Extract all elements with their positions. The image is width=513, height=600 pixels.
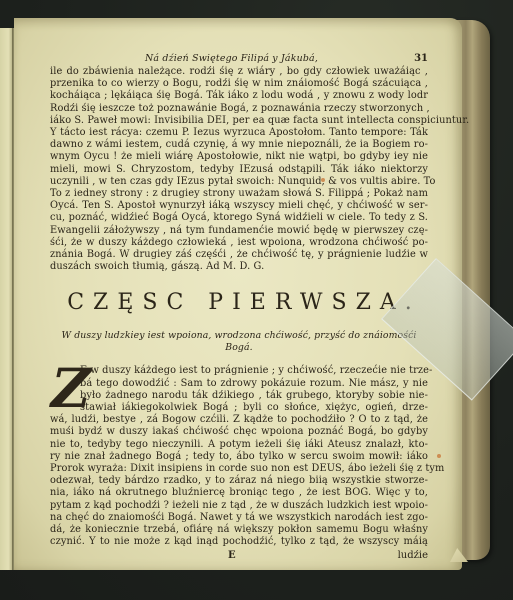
text-line: odezwał, tedy bárdzo rzadko, y to záraz … (50, 475, 428, 487)
text-line: duszách swoich tłumią, gászą. Ad M. D. G… (50, 261, 428, 273)
text-line: ry nie znał żadnego Bogá ; tedy to, ábo … (50, 451, 428, 463)
text-line: znánia Bogá. W drugiey záś częśći , że c… (50, 249, 428, 261)
text-line: kocháiąca ; lękáiąca śię Bogá. Ták iáko … (50, 90, 428, 102)
text-line: muśi bydź w duszy iakaś chćiwość chęc wp… (50, 426, 428, 438)
text-line: na chęć do znaiomośći Bogá. Nawet y tá w… (50, 512, 428, 524)
running-head-title: Ná dźień Swiętego Filipá y Jákubá, (145, 52, 318, 66)
text-line: stawiał iákiegokolwiek Bogá ; byli co sł… (50, 402, 428, 414)
section-subtitle: W duszy ludzkiey iest wpoiona, wrodzona … (50, 330, 428, 354)
catchword: ludźie (398, 549, 428, 563)
paragraph-1: ile do zbáwienia należące. rodźi śię z w… (50, 66, 428, 273)
text-line: czynić. Y to nie może z kąd inąd pochodź… (50, 536, 428, 548)
text-line: nie to, tedyby tego nieczynili. A potym … (50, 439, 428, 451)
text-line: nia, iáko ná okrutnego bluźniercę bronią… (50, 487, 428, 499)
text-line: uczynili , w ten czas gdy IEzus pytał sw… (50, 176, 428, 188)
section-title: CZĘSC PIERWSZA. (50, 290, 428, 316)
book-page: Ná dźień Swiętego Filipá y Jákubá, 31 il… (14, 18, 462, 570)
text-line: wnym Oycu ! że mieli wiárę Apostołowie, … (50, 151, 428, 163)
paragraph-2: Z E w duszy káżdego iest to prágnienie ;… (50, 365, 428, 548)
ink-stain (437, 454, 441, 458)
text-line: ile do zbáwienia należące. rodźi śię z w… (50, 66, 428, 78)
text-line: E w duszy káżdego iest to prágnienie ; y… (50, 365, 428, 377)
signature-mark: E (228, 549, 236, 563)
page-footer: E ludźie (50, 549, 428, 563)
text-line: Prorok wyraża: Dixit insipiens in corde … (50, 463, 428, 475)
text-line: śći, że w duszy káżdego człowieká , iest… (50, 237, 428, 249)
text-line: Ewangelii záłożywszy , ná tym fundamenći… (50, 225, 428, 237)
text-line: było żadnego narodu ták dźikiego , ták g… (50, 390, 428, 402)
text-line: iáko S. Paweł mowi: Invisibilia DEI, per… (50, 115, 428, 127)
text-line: pytam z kąd pochodźi ? ieżeli nie z tąd … (50, 500, 428, 512)
ink-stain (321, 178, 325, 182)
text-line: cu, poznáć, widźieć Bogá Oycá, ktorego S… (50, 212, 428, 224)
text-line: wá, ludźi, bestye , zá Bogow czćili. Z k… (50, 414, 428, 426)
text-line: przenika to co wierzy o Bogu, rodźi śię … (50, 78, 428, 90)
text-line: Oycá. Ten S. Apostoł wynurzył iáką wszys… (50, 200, 428, 212)
book-photo: Ná dźień Swiętego Filipá y Jákubá, 31 il… (0, 0, 513, 600)
page-body: Ná dźień Swiętego Filipá y Jákubá, 31 il… (50, 52, 428, 563)
text-line: Rodźi śię ieszcze toż poznawánie Bogá, z… (50, 103, 428, 115)
text-line: dawno z wámi iestem, cudá czynię, á wy m… (50, 139, 428, 151)
text-line: bá tego dowodźić : Sam to zdrowy pokázui… (50, 378, 428, 390)
text-line: Y tácto iest rácya: czemu P. Iezus wyrzu… (50, 127, 428, 139)
running-head: Ná dźień Swiętego Filipá y Jákubá, 31 (50, 52, 428, 66)
page-number: 31 (414, 52, 428, 66)
text-line: mieli, mowi S. Chryzostom, tedyby IEzusá… (50, 164, 428, 176)
text-line: dá, że koniecznie trzebá, ofiárę ná więk… (50, 524, 428, 536)
text-line: To z iedney strony : z drugiey strony uw… (50, 188, 428, 200)
